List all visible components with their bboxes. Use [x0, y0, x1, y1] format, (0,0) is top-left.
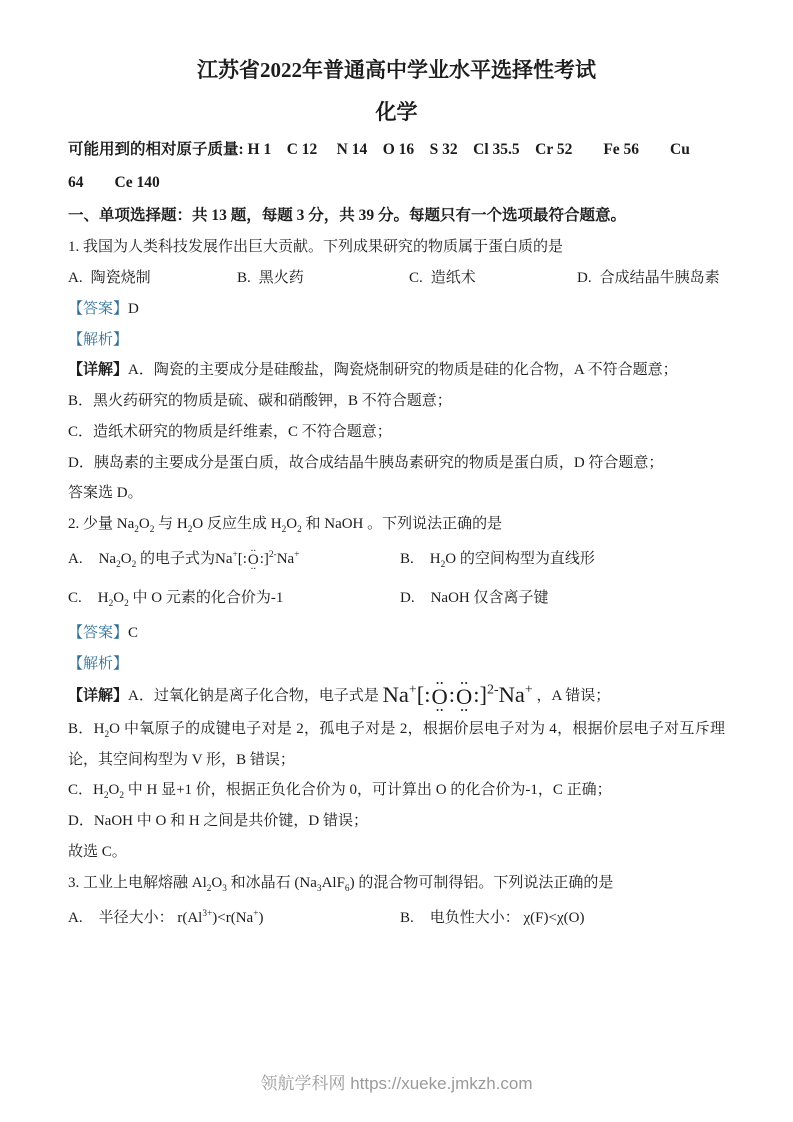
- document-page: 江苏省2022年普通高中学业水平选择性考试 化学 可能用到的相对原子质量: H …: [0, 0, 793, 938]
- q1-analysis-row: 【解析】: [68, 325, 725, 356]
- q1-detail-a-text: A．陶瓷的主要成分是硅酸盐，陶瓷烧制研究的物质是硅的化合物，A 不符合题意；: [128, 362, 678, 378]
- q3-option-b-text: 电负性大小： χ(F)<χ(O): [430, 910, 585, 926]
- subject-title: 化学: [68, 97, 725, 129]
- q1-detail-a: 【详解】A．陶瓷的主要成分是硅酸盐，陶瓷烧制研究的物质是硅的化合物，A 不符合题…: [68, 355, 725, 386]
- q1-option-a: A.陶瓷烧制: [68, 263, 237, 294]
- q2-detail-a-pre: A．过氧化钠是离子化合物，电子式是: [128, 681, 379, 712]
- q1-option-c-text: 造纸术: [431, 270, 476, 286]
- q3-option-a-text: 半径大小： r(Al3+)<r(Na+): [99, 910, 264, 926]
- q1-option-d-key: D.: [577, 270, 592, 286]
- q3-option-b: B.电负性大小： χ(F)<χ(O): [400, 899, 725, 938]
- q2-options: A.Na2O2 的电子式为Na+[:··O··:]2-Na+ B.H2O 的空间…: [68, 540, 725, 618]
- q2-detail-b: B．H2O 中氧原子的成键电子对是 2，孤电子对是 2，根据价层电子对为 4，根…: [68, 714, 725, 776]
- q2-option-d: D.NaOH 仅含离子键: [400, 579, 725, 618]
- q1-option-c-key: C.: [409, 270, 423, 286]
- atomic-masses-line1: 可能用到的相对原子质量: H 1 C 12 N 14 O 16 S 32 Cl …: [68, 134, 725, 167]
- q2-option-a: A.Na2O2 的电子式为Na+[:··O··:]2-Na+: [68, 540, 400, 579]
- q2-detail-c: C．H2O2 中 H 显+1 价，根据正负化合价为 0，可计算出 O 的化合价为…: [68, 775, 725, 806]
- q3-option-a-key: A.: [68, 910, 83, 926]
- q1-answer-row: 【答案】D: [68, 294, 725, 325]
- q2-answer-value: C: [128, 625, 138, 641]
- q1-option-b: B.黑火药: [237, 263, 409, 294]
- q1-stem: 1. 我国为人类科技发展作出巨大贡献。下列成果研究的物质属于蛋白质的是: [68, 232, 725, 263]
- q1-detail-c: C．造纸术研究的物质是纤维素，C 不符合题意；: [68, 417, 725, 448]
- q1-option-b-key: B.: [237, 270, 251, 286]
- q1-option-d-text: 合成结晶牛胰岛素: [600, 270, 720, 286]
- watermark-url: https://xueke.jmkzh.com: [350, 1074, 532, 1093]
- q1-detail-b: B．黑火药研究的物质是硫、碳和硝酸钾，B 不符合题意；: [68, 386, 725, 417]
- q2-option-d-text: NaOH 仅含离子键: [431, 590, 549, 606]
- q2-answer-row: 【答案】C: [68, 618, 725, 649]
- answer-label: 【答案】: [68, 301, 128, 317]
- q2-detail-conclusion: 故选 C。: [68, 837, 725, 868]
- q2-detail-a: 【详解】A．过氧化钠是离子化合物，电子式是 Na+[:··O··:··O··:]…: [68, 680, 725, 714]
- section-heading: 一、单项选择题：共 13 题，每题 3 分，共 39 分。每题只有一个选项最符合…: [68, 199, 725, 232]
- q2-option-c-text: H2O2 中 O 元素的化合价为-1: [98, 590, 284, 606]
- q1-option-c: C.造纸术: [409, 263, 577, 294]
- q1-answer-value: D: [128, 301, 139, 317]
- answer-label: 【答案】: [68, 625, 128, 641]
- watermark-site: 领航学科网: [260, 1074, 345, 1093]
- analysis-label: 【解析】: [68, 656, 128, 672]
- q2-option-a-text: Na2O2 的电子式为Na+[:··O··:]2-Na+: [99, 551, 300, 567]
- q2-option-b-key: B.: [400, 551, 414, 567]
- q1-detail-conclusion: 答案选 D。: [68, 478, 725, 509]
- q2-option-d-key: D.: [400, 590, 415, 606]
- q1-option-b-text: 黑火药: [259, 270, 304, 286]
- q1-option-a-key: A.: [68, 270, 83, 286]
- q2-option-c-key: C.: [68, 590, 82, 606]
- atomic-masses-line2: 64 Ce 140: [68, 167, 725, 200]
- q2-option-a-key: A.: [68, 551, 83, 567]
- q3-option-a: A.半径大小： r(Al3+)<r(Na+): [68, 899, 400, 938]
- electron-formula: Na+[:··O··:··O··:]2-Na+: [383, 680, 533, 714]
- q1-option-a-text: 陶瓷烧制: [91, 270, 151, 286]
- q1-option-d: D.合成结晶牛胰岛素: [577, 263, 725, 294]
- analysis-label: 【解析】: [68, 332, 128, 348]
- q2-detail-d: D．NaOH 中 O 和 H 之间是共价键，D 错误；: [68, 806, 725, 837]
- q2-option-b: B.H2O 的空间构型为直线形: [400, 540, 725, 579]
- detail-label: 【详解】: [68, 681, 128, 712]
- watermark: 领航学科网 https://xueke.jmkzh.com: [0, 1069, 793, 1094]
- q2-analysis-row: 【解析】: [68, 649, 725, 680]
- q2-option-b-text: H2O 的空间构型为直线形: [430, 551, 595, 567]
- exam-title: 江苏省2022年普通高中学业水平选择性考试: [68, 54, 725, 87]
- q1-options: A.陶瓷烧制 B.黑火药 C.造纸术 D.合成结晶牛胰岛素: [68, 263, 725, 294]
- q1-detail-d: D．胰岛素的主要成分是蛋白质，故合成结晶牛胰岛素研究的物质是蛋白质，D 符合题意…: [68, 448, 725, 479]
- q3-options: A.半径大小： r(Al3+)<r(Na+) B.电负性大小： χ(F)<χ(O…: [68, 899, 725, 938]
- q2-option-c: C.H2O2 中 O 元素的化合价为-1: [68, 579, 400, 618]
- q3-stem: 3. 工业上电解熔融 Al2O3 和冰晶石 (Na3AlF6) 的混合物可制得铝…: [68, 868, 725, 899]
- q3-option-b-key: B.: [400, 910, 414, 926]
- detail-label: 【详解】: [68, 362, 128, 378]
- q2-stem: 2. 少量 Na2O2 与 H2O 反应生成 H2O2 和 NaOH 。下列说法…: [68, 509, 725, 540]
- q2-detail-a-post: ，A 错误；: [537, 681, 611, 712]
